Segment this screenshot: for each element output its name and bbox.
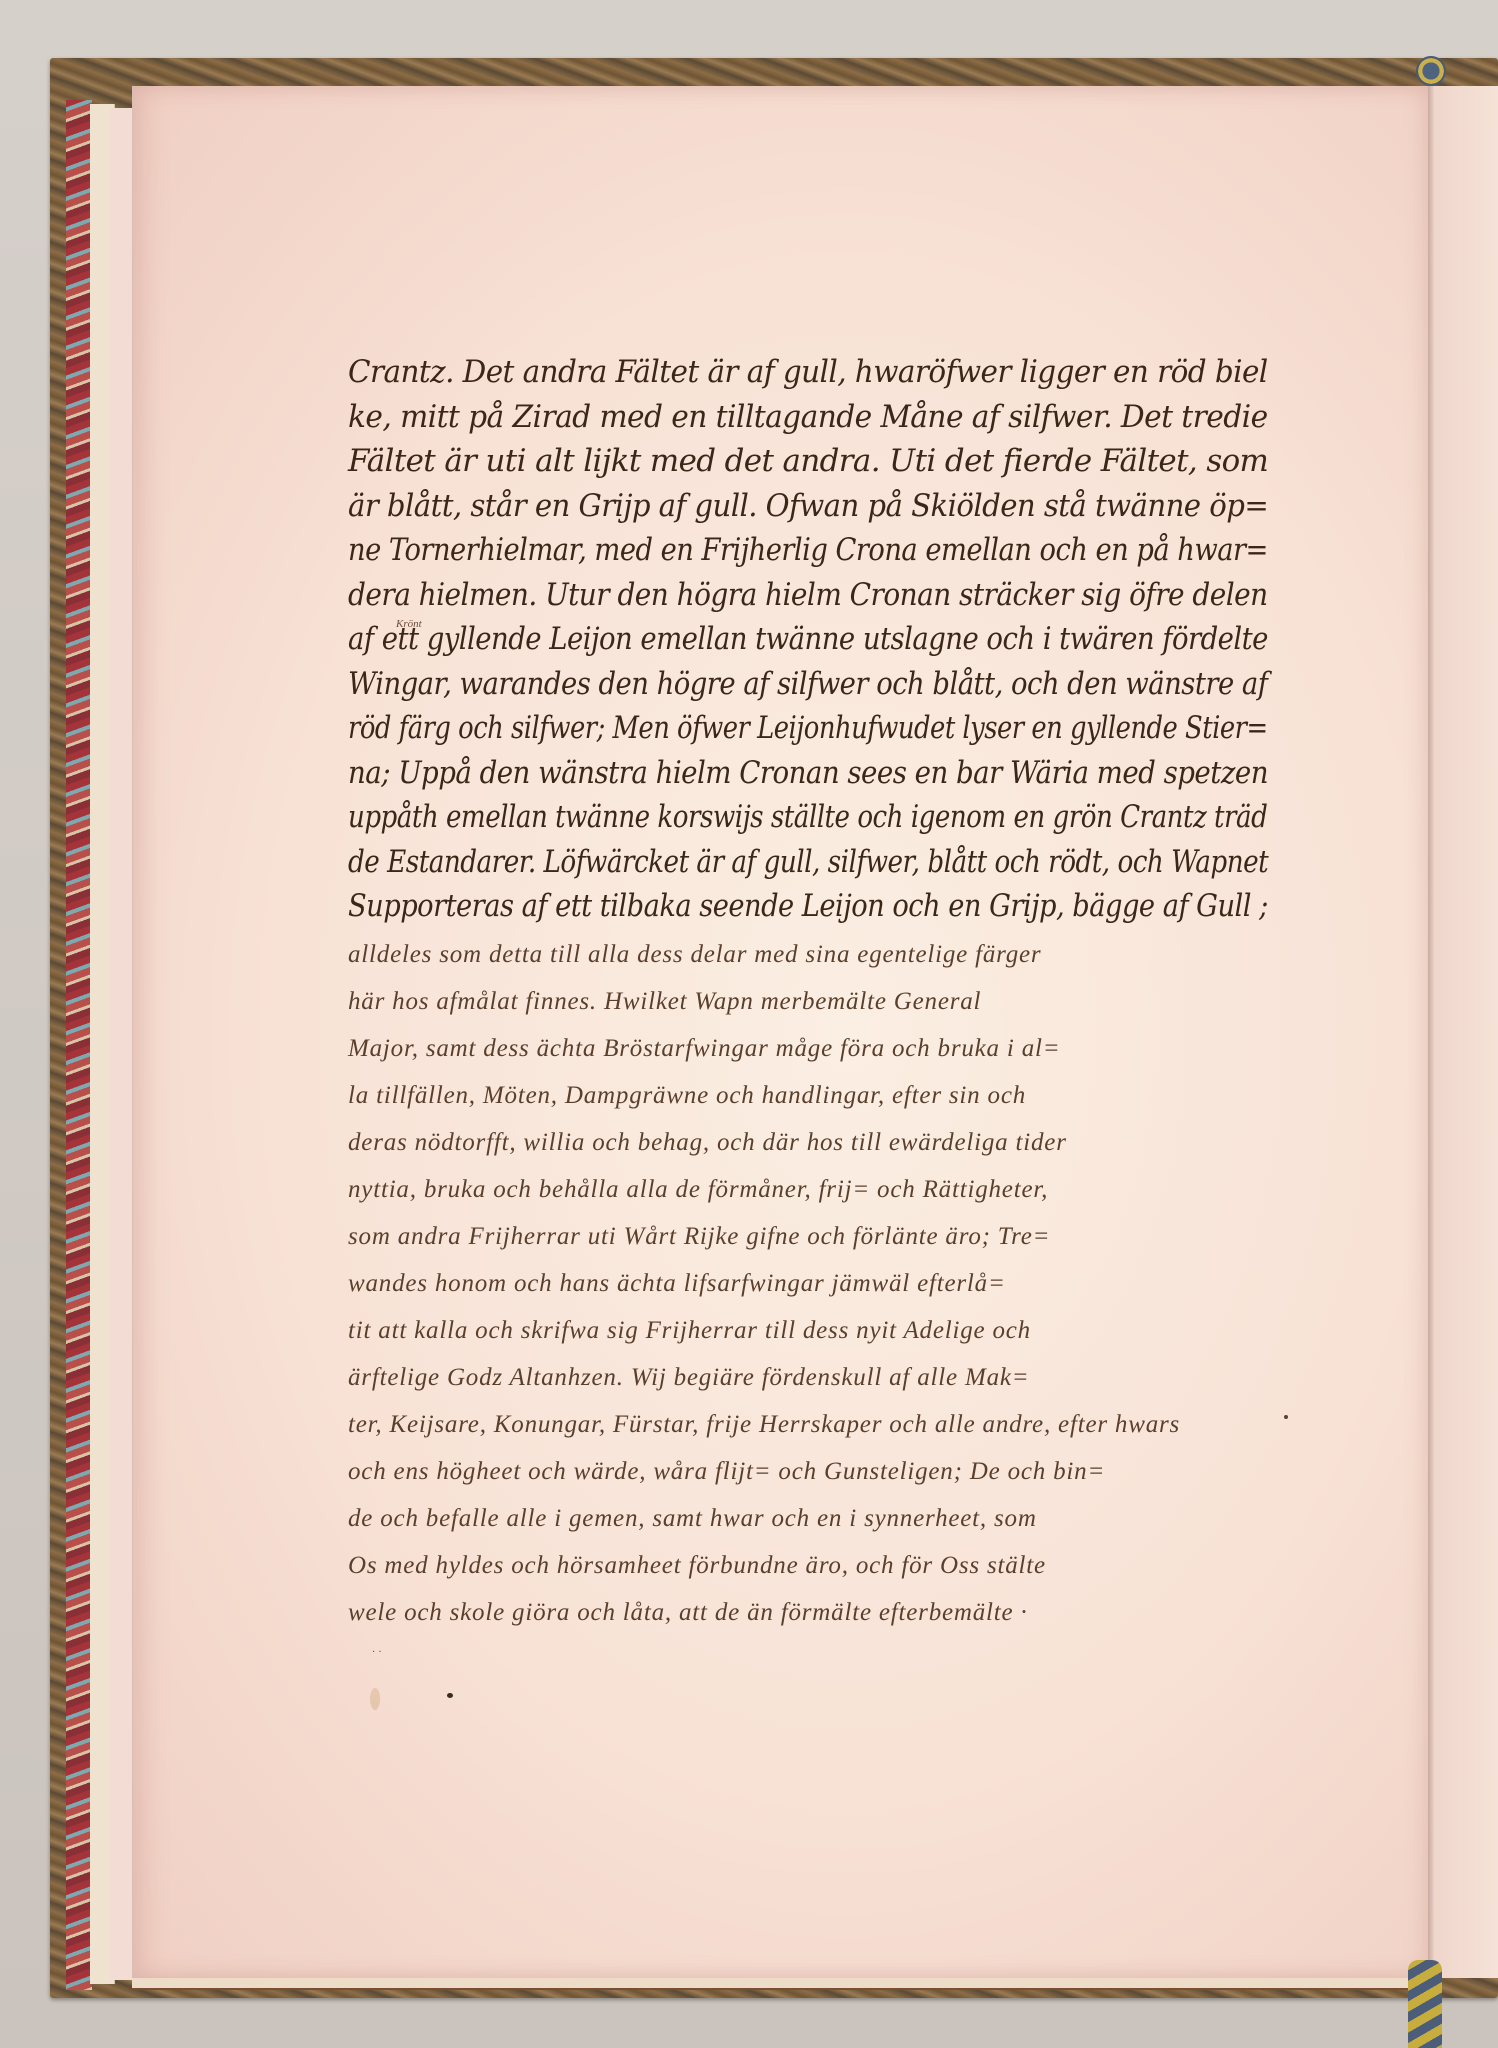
script-line: la tillfällen, Möten, Dampgräwne och han… (348, 1072, 1268, 1119)
manuscript-text: Krönt Crantz. Det andra Fältet är af gul… (348, 350, 1268, 1636)
script-line: här hos afmålat finnes. Hwilket Wapn mer… (348, 978, 1268, 1025)
script-line: som andra Frijherrar uti Wårt Rijke gifn… (348, 1213, 1268, 1260)
script-line: ärftelige Godz Altanhzen. Wij begiäre fö… (348, 1354, 1268, 1401)
script-line: alldeles som detta till alla dess delar … (348, 931, 1268, 978)
script-line: de och befalle alle i gemen, samt hwar o… (348, 1495, 1268, 1542)
script-line: Major, samt dess ächta Bröstarfwingar må… (348, 1025, 1268, 1072)
calligraphic-line: uppåth emellan twänne korswijs ställte o… (348, 795, 1124, 840)
script-line: tit att kalla och skrifwa sig Frijherrar… (348, 1307, 1268, 1354)
script-line: och ens högheet och wärde, wåra flijt= o… (348, 1448, 1268, 1495)
trailing-marks: . . (372, 1644, 382, 1655)
marbled-endpaper (66, 100, 92, 1990)
calligraphic-line: na; Uppå den wänstra hielm Cronan sees e… (348, 751, 1169, 796)
stain-spot (370, 1688, 380, 1710)
calligraphic-line: röd färg och silfwer; Men öfwer Leijonhu… (348, 706, 1114, 751)
calligraphic-line: Supporteras af ett tilbaka seende Leijon… (348, 884, 1159, 929)
ink-spot (447, 1693, 453, 1698)
page-bottom-edge (132, 1978, 1430, 1990)
calligraphic-line: dera hielmen. Utur den högra hielm Crona… (348, 573, 1178, 618)
script-line: Os med hyldes och hörsamheet förbundne ä… (348, 1542, 1268, 1589)
calligraphic-line: ke, mitt på Zirad med en tilltagande Mån… (348, 395, 1228, 440)
calligraphic-line: ne Tornerhielmar, med en Frijherlig Cron… (348, 528, 1159, 573)
flyleaf-edge-inner (110, 108, 133, 1980)
calligraphic-line: Crantz. Det andra Fältet är af gull, hwa… (348, 350, 1222, 395)
facing-page-edge (1434, 86, 1498, 1978)
script-line: nyttia, bruka och behålla alla de förmån… (348, 1166, 1268, 1213)
ink-spot (1284, 1415, 1288, 1419)
script-line: wele och skole giöra och låta, att de än… (348, 1589, 1268, 1636)
calligraphic-line: är blått, står en Grijp af gull. Ofwan p… (348, 484, 1214, 529)
bookmark-ribbon (1408, 1960, 1442, 2048)
headband (1416, 56, 1446, 86)
script-line: wandes honom och hans ächta lifsarfwinga… (348, 1260, 1268, 1307)
calligraphic-line: de Estandarer. Löfwärcket är af gull, si… (348, 840, 1126, 885)
calligraphic-line: Fältet är uti alt lijkt med det andra. U… (348, 439, 1264, 484)
script-line: deras nödtorfft, willia och behag, och d… (348, 1119, 1268, 1166)
script-line: ter, Keijsare, Konungar, Fürstar, frije … (348, 1401, 1268, 1448)
calligraphic-line: af ett gyllende Leijon emellan twänne ut… (348, 617, 1164, 662)
calligraphic-line: Wingar, warandes den högre af silfwer oc… (348, 662, 1163, 707)
